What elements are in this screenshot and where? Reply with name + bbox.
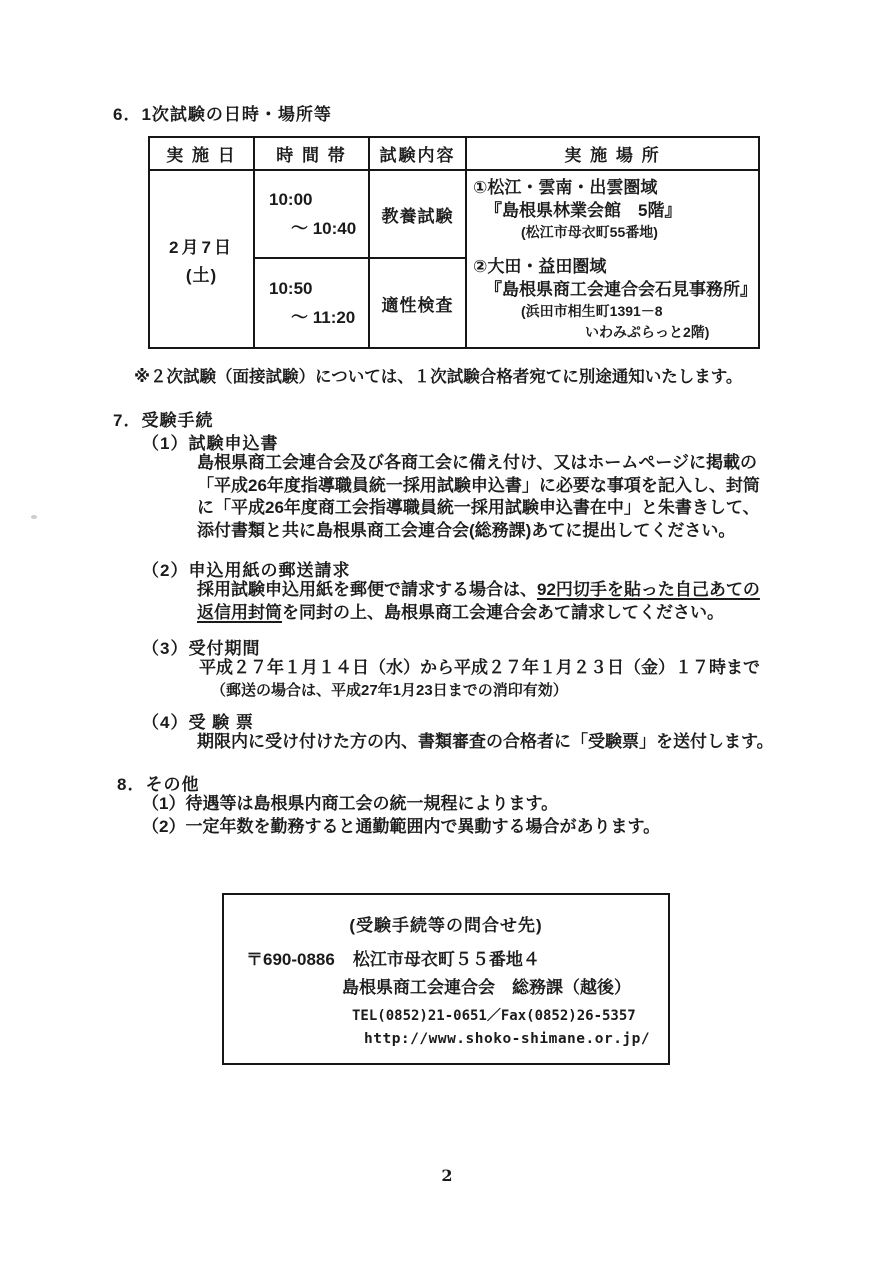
second-exam-note: ※２次試験（面接試験）については、１次試験合格者宛てに別途通知いたします。 — [134, 363, 742, 387]
postal-code: 〒690-0886 — [246, 950, 335, 969]
time-end-2: ～ 11:20 — [269, 303, 368, 328]
col-header-time: 時 間 帯 — [254, 137, 369, 170]
section8-item2: （2）一定年数を勤務すると通勤範囲内で異動する場合があります。 — [142, 816, 660, 839]
time-start-2: 10:50 — [269, 279, 368, 299]
contact-url: http://www.shoko-shimane.or.jp/ — [364, 1031, 650, 1047]
item1-line2: 「平成26年度指導職員統一採用試験申込書」に必要な事項を記入し、封筒 — [197, 475, 760, 498]
item3-title: （3）受付期間 — [142, 634, 260, 659]
scan-artifact — [31, 515, 37, 519]
location-cell: ①松江・雲南・出雲圏域 『島根県林業会館 5階』 (松江市母衣町55番地) ②大… — [466, 170, 759, 348]
content-cell-1: 教養試験 — [369, 170, 466, 258]
exam-date: 2月7日 — [150, 233, 253, 258]
item3-line1: 平成２７年１月１４日（水）から平成２７年１月２３日（金）１７時まで — [199, 657, 760, 680]
location2-address-line1: (浜田市相生町1391－8 — [473, 301, 754, 322]
item4-line1: 期限内に受け付けた方の内、書類審査の合格者に「受験票」を送付します。 — [197, 731, 774, 754]
document-page: 6．1次試験の日時・場所等 実 施 日 時 間 帯 試験内容 実 施 場 所 2… — [0, 0, 894, 1280]
time-cell-1: 10:00 ～ 10:40 — [254, 170, 369, 258]
item3-line2: （郵送の場合は、平成27年1月23日までの消印有効） — [199, 680, 760, 703]
location2-venue: 『島根県商工会連合会石見事務所』 — [473, 279, 754, 300]
item1-line4: 添付書類と共に島根県商工会連合会(総務課)あてに提出してください。 — [197, 520, 760, 543]
street-address: 松江市母衣町５５番地４ — [353, 950, 540, 969]
schedule-table: 実 施 日 時 間 帯 試験内容 実 施 場 所 2月7日 (土) 10:00 … — [148, 136, 760, 349]
section6-heading: 6．1次試験の日時・場所等 — [113, 100, 332, 125]
contact-tel-fax: TEL(0852)21-0651／Fax(0852)26-5357 — [352, 1005, 636, 1025]
item2-paragraph: 採用試験申込用紙を郵便で請求する場合は、92円切手を貼った自己あての 返信用封筒… — [197, 579, 760, 624]
date-cell: 2月7日 (土) — [149, 170, 254, 348]
section8-heading: 8．その他 — [117, 770, 199, 795]
location2-area: ②大田・益田圏域 — [473, 256, 754, 277]
location1-address: (松江市母衣町55番地) — [473, 222, 754, 243]
location1-area: ①松江・雲南・出雲圏域 — [473, 177, 754, 198]
table-row: 2月7日 (土) 10:00 ～ 10:40 教養試験 ①松江・雲南・出雲圏域 … — [149, 170, 759, 258]
time-start-1: 10:00 — [269, 190, 368, 210]
col-header-date: 実 施 日 — [149, 137, 254, 170]
item2-line2: 返信用封筒を同封の上、島根県商工会連合会あて請求してください。 — [197, 602, 760, 625]
section8-item1: （1）待遇等は島根県内商工会の統一規程によります。 — [142, 793, 558, 816]
item2-line1-normal: 採用試験申込用紙を郵便で請求する場合は、 — [197, 580, 537, 599]
item2-line2-normal: を同封の上、島根県商工会連合会あて請求してください。 — [282, 603, 724, 622]
item4-paragraph: 期限内に受け付けた方の内、書類審査の合格者に「受験票」を送付します。 — [197, 731, 774, 754]
contact-box: (受験手続等の問合せ先) 〒690-0886松江市母衣町５５番地４ 島根県商工会… — [222, 893, 670, 1065]
contact-box-title: (受験手続等の問合せ先) — [224, 911, 668, 936]
item1-title: （1）試験申込書 — [142, 429, 278, 454]
contact-address-line: 〒690-0886松江市母衣町５５番地４ — [246, 945, 540, 970]
content-cell-2: 適性検査 — [369, 258, 466, 348]
location2-address-line2: いわみぷらっと2階) — [473, 322, 754, 343]
item2-title: （2）申込用紙の郵送請求 — [142, 556, 350, 581]
time-cell-2: 10:50 ～ 11:20 — [254, 258, 369, 348]
item1-paragraph: 島根県商工会連合会及び各商工会に備え付け、又はホームページに掲載の 「平成26年… — [197, 452, 760, 542]
section7-heading: 7．受験手続 — [113, 406, 213, 431]
table-header-row: 実 施 日 時 間 帯 試験内容 実 施 場 所 — [149, 137, 759, 170]
item2-line1-underlined: 92円切手を貼った自己あての — [537, 580, 760, 599]
page-number: 2 — [0, 1166, 894, 1185]
item2-line2-underlined: 返信用封筒 — [197, 603, 282, 622]
item4-title: （4）受 験 票 — [142, 708, 254, 733]
time-end-1: ～ 10:40 — [269, 214, 368, 239]
item3-paragraph: 平成２７年１月１４日（水）から平成２７年１月２３日（金）１７時まで （郵送の場合… — [199, 657, 760, 702]
exam-day-of-week: (土) — [150, 261, 253, 286]
contact-organization: 島根県商工会連合会 総務課（越後） — [342, 973, 631, 998]
item1-line3: に「平成26年度商工会指導職員統一採用試験申込書在中」と朱書きして、 — [197, 497, 760, 520]
item2-line1: 採用試験申込用紙を郵便で請求する場合は、92円切手を貼った自己あての — [197, 579, 760, 602]
location1-venue: 『島根県林業会館 5階』 — [473, 200, 754, 221]
col-header-location: 実 施 場 所 — [466, 137, 759, 170]
col-header-content: 試験内容 — [369, 137, 466, 170]
item1-line1: 島根県商工会連合会及び各商工会に備え付け、又はホームページに掲載の — [197, 452, 760, 475]
